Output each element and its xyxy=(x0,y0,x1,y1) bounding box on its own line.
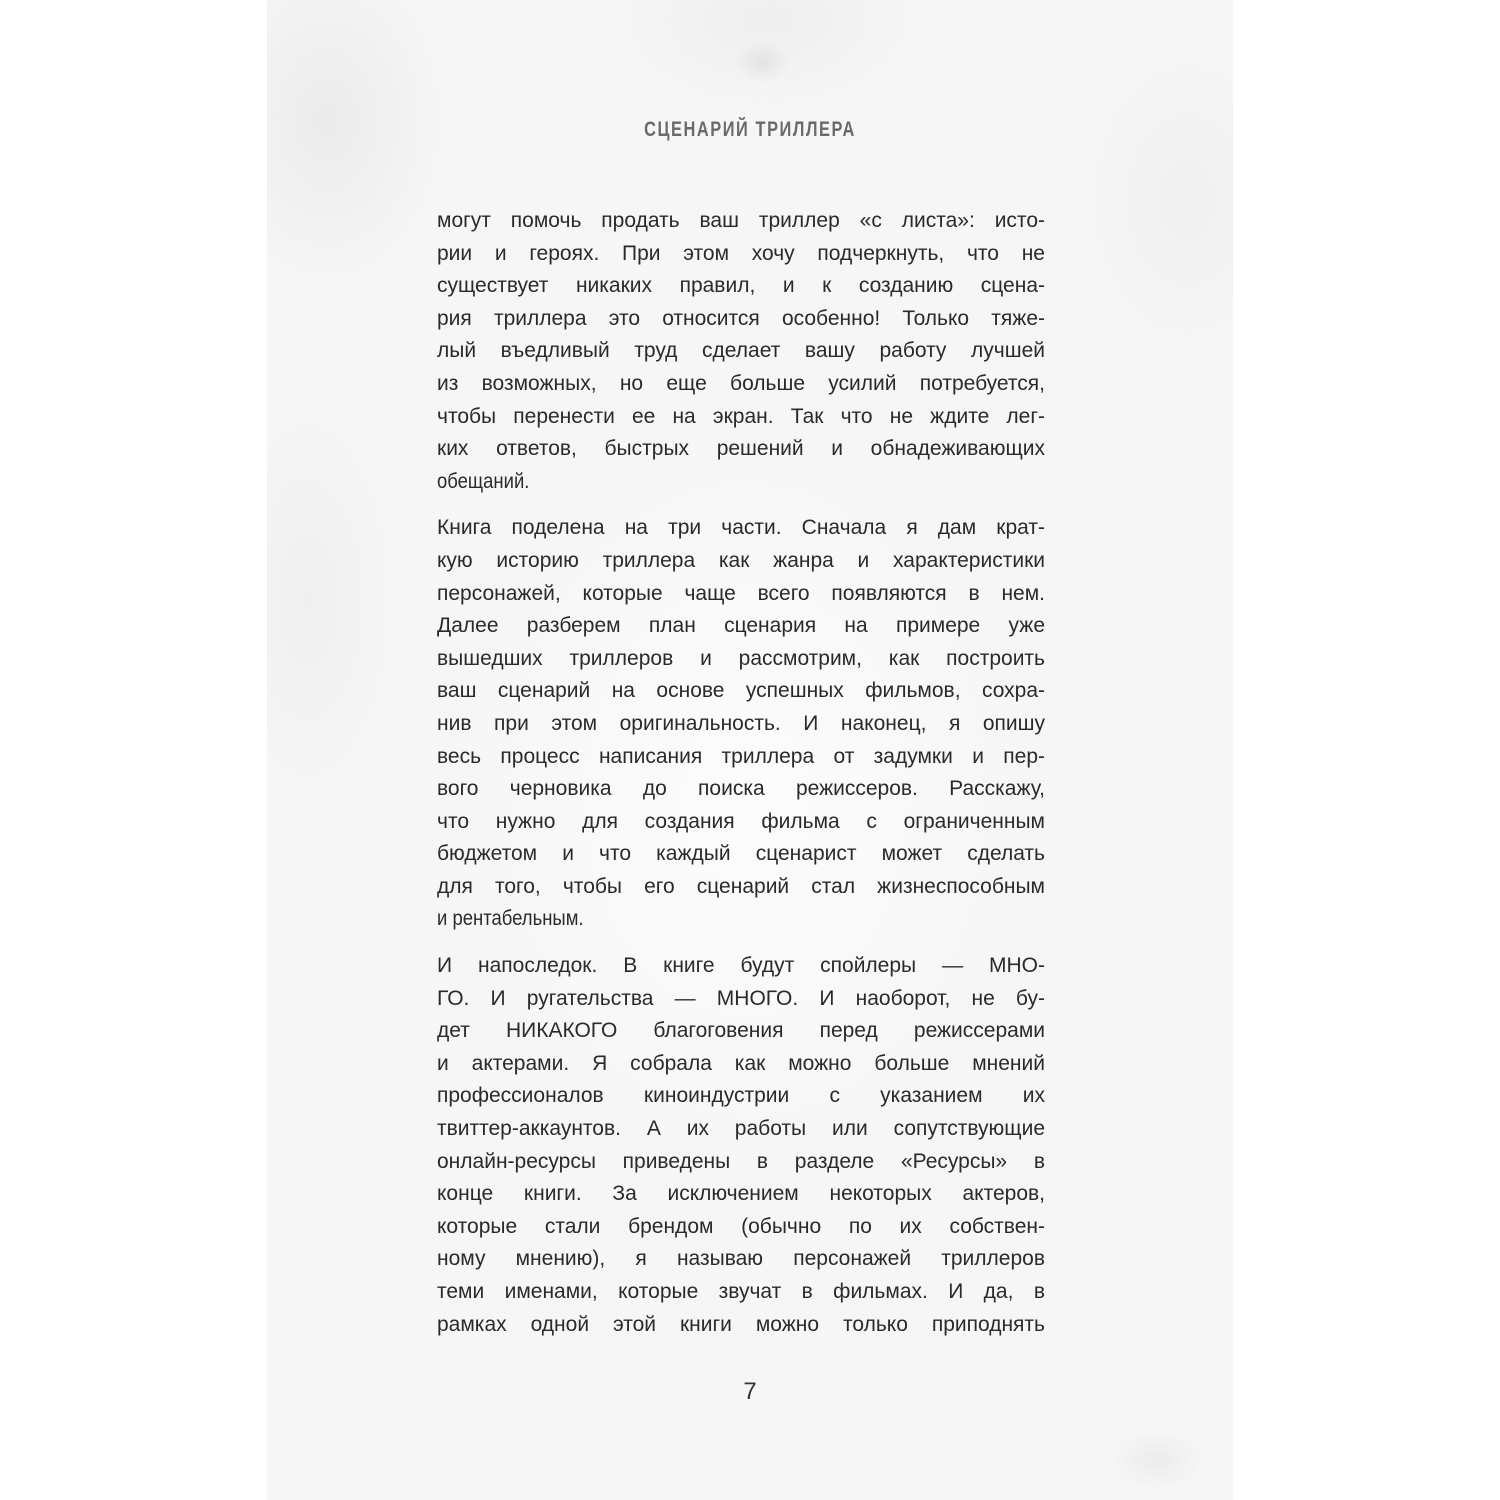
text-line: нив при этом оригинальность. И наконец, … xyxy=(437,708,1045,741)
text-line: И напоследок. В книге будут спойлеры — М… xyxy=(437,950,1045,983)
text-line: рия триллера это относится особенно! Тол… xyxy=(437,303,1045,336)
text-line: вышедших триллеров и рассмотрим, как пос… xyxy=(437,643,1045,676)
text-line: существует никаких правил, и к созданию … xyxy=(437,270,1045,303)
text-line: персонажей, которые чаще всего появляютс… xyxy=(437,578,1045,611)
text-line: могут помочь продать ваш триллер «с лист… xyxy=(437,205,1045,238)
text-line: ких ответов, быстрых решений и обнадежив… xyxy=(437,433,1045,466)
text-line: Далее разберем план сценария на примере … xyxy=(437,610,1045,643)
text-line: для того, чтобы его сценарий стал жизнес… xyxy=(437,871,1045,904)
text-line: вого черновика до поиска режиссеров. Рас… xyxy=(437,773,1045,806)
text-line: лый въедливый труд сделает вашу работу л… xyxy=(437,335,1045,368)
text-line: весь процесс написания триллера от задум… xyxy=(437,741,1045,774)
text-line: чтобы перенести ее на экран. Так что не … xyxy=(437,401,1045,434)
text-line: твиттер-аккаунтов. А их работы или сопут… xyxy=(437,1113,1045,1146)
body-text: могут помочь продать ваш триллер «с лист… xyxy=(437,205,1045,1355)
text-line: что нужно для создания фильма с ограниче… xyxy=(437,806,1045,839)
text-line: ГО. И ругательства — МНОГО. И наоборот, … xyxy=(437,983,1045,1016)
paragraph-1: могут помочь продать ваш триллер «с лист… xyxy=(437,205,1045,498)
paragraph-3: И напоследок. В книге будут спойлеры — М… xyxy=(437,950,1045,1341)
text-line: обещаний. xyxy=(437,466,1045,499)
text-line: кую историю триллера как жанра и характе… xyxy=(437,545,1045,578)
running-head: СЦЕНАРИЙ ТРИЛЛЕРА xyxy=(373,118,1126,142)
text-line: онлайн-ресурсы приведены в разделе «Ресу… xyxy=(437,1146,1045,1179)
page-number: 7 xyxy=(267,1378,1233,1406)
text-line: рамках одной этой книги можно только при… xyxy=(437,1309,1045,1342)
text-line: профессионалов киноиндустрии с указанием… xyxy=(437,1080,1045,1113)
text-line: рии и героях. При этом хочу подчеркнуть,… xyxy=(437,238,1045,271)
text-line: бюджетом и что каждый сценарист может сд… xyxy=(437,838,1045,871)
text-line: из возможных, но еще больше усилий потре… xyxy=(437,368,1045,401)
text-line: Книга поделена на три части. Сначала я д… xyxy=(437,512,1045,545)
text-line: ному мнению), я называю персонажей трилл… xyxy=(437,1243,1045,1276)
text-line: и рентабельным. xyxy=(437,903,1045,936)
text-line: и актерами. Я собрала как можно больше м… xyxy=(437,1048,1045,1081)
book-page: СЦЕНАРИЙ ТРИЛЛЕРА могут помочь продать в… xyxy=(267,0,1233,1500)
text-line: ваш сценарий на основе успешных фильмов,… xyxy=(437,675,1045,708)
paragraph-2: Книга поделена на три части. Сначала я д… xyxy=(437,512,1045,936)
text-line: конце книги. За исключением некоторых ак… xyxy=(437,1178,1045,1211)
text-line: теми именами, которые звучат в фильмах. … xyxy=(437,1276,1045,1309)
text-line: дет НИКАКОГО благоговения перед режиссер… xyxy=(437,1015,1045,1048)
text-line: которые стали брендом (обычно по их собс… xyxy=(437,1211,1045,1244)
